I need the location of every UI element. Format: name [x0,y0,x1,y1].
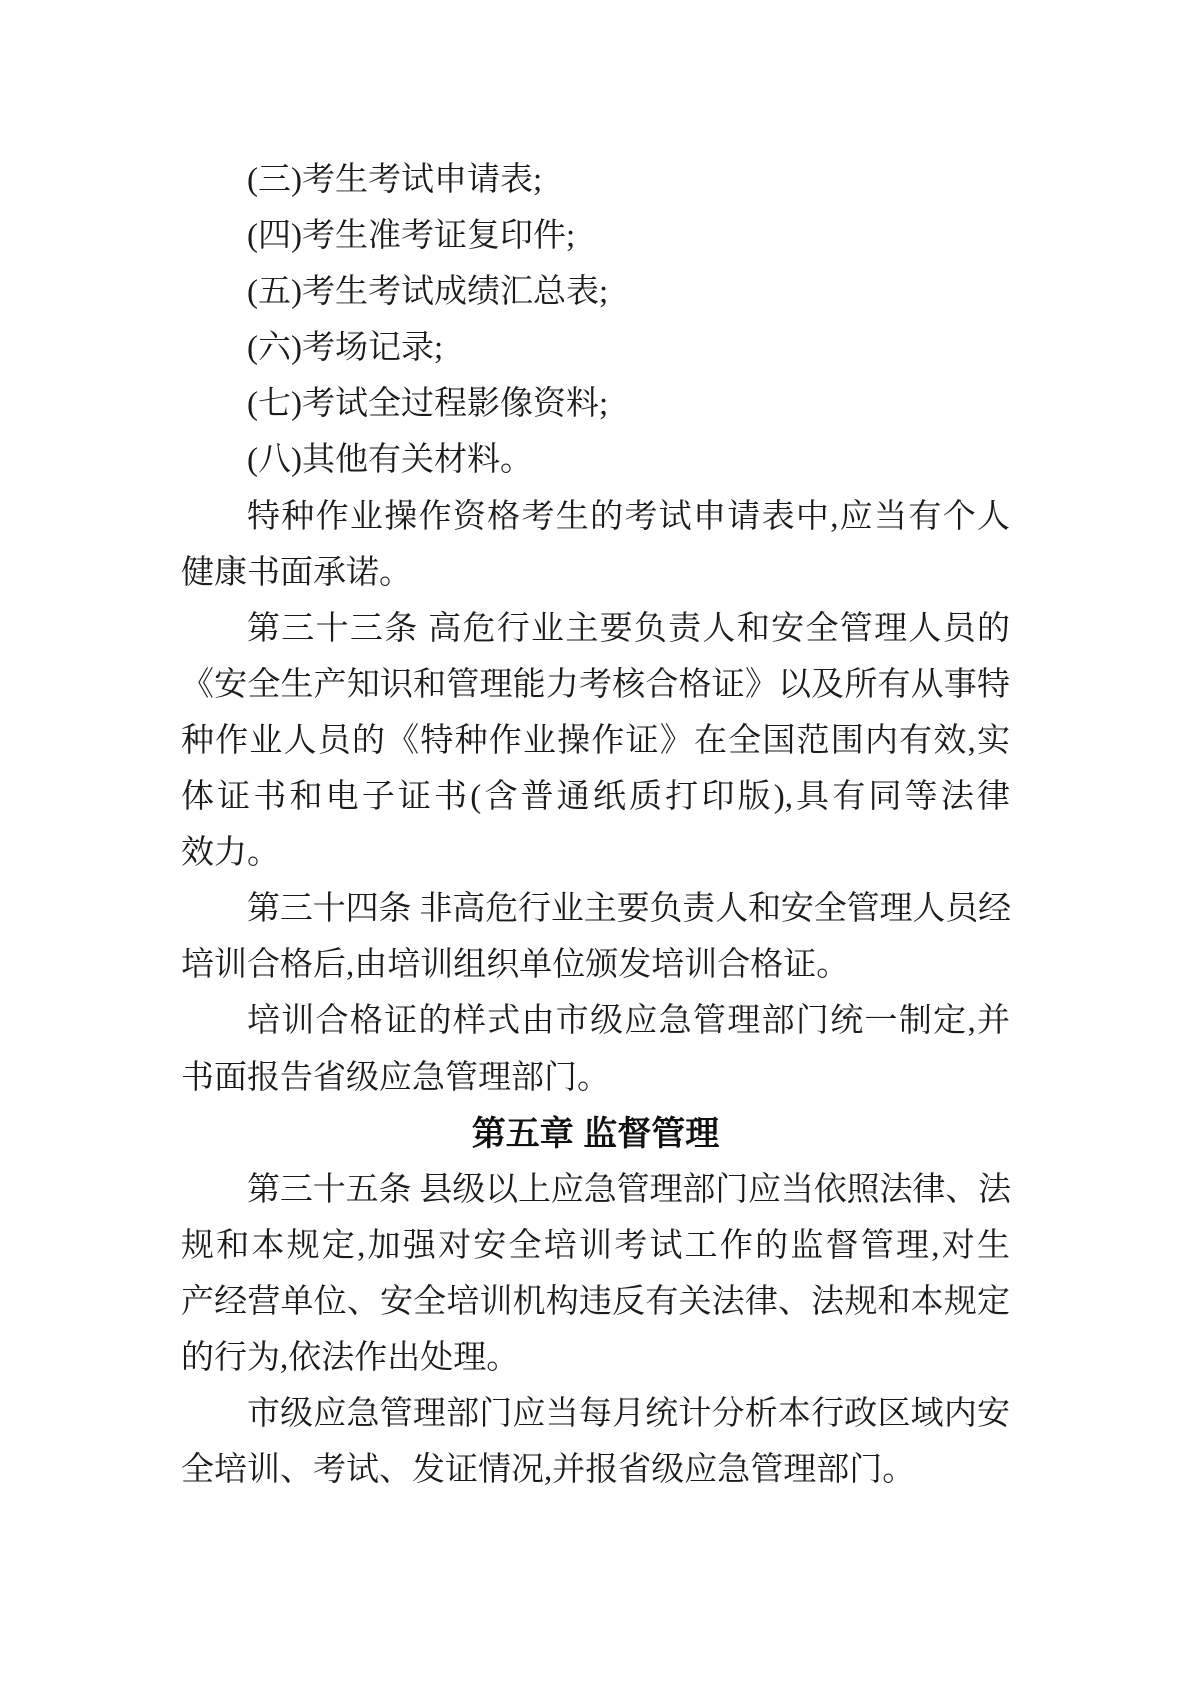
text-line: 种作业人员的《特种作业操作证》在全国范围内有效,实 [181,713,1010,769]
text-line: 的行为,依法作出处理。 [181,1330,1010,1386]
text-line: 规和本规定,加强对安全培训考试工作的监督管理,对生 [181,1218,1010,1274]
text-line: 体证书和电子证书(含普通纸质打印版),具有同等法律 [181,769,1010,825]
text-line: (三)考生考试申请表; [181,152,1010,208]
text-line: 书面报告省级应急管理部门。 [181,1050,1010,1106]
text-line: 健康书面承诺。 [181,545,1010,601]
text-line: 培训合格证的样式由市级应急管理部门统一制定,并 [181,993,1010,1049]
text-line: 《安全生产知识和管理能力考核合格证》以及所有从事特 [181,657,1010,713]
text-line: 市级应急管理部门应当每月统计分析本行政区域内安 [181,1386,1010,1442]
text-line: (七)考试全过程影像资料; [181,376,1010,432]
document-text-block: (三)考生考试申请表;(四)考生准考证复印件;(五)考生考试成绩汇总表;(六)考… [181,152,1010,1498]
text-line: 第三十四条 非高危行业主要负责人和安全管理人员经 [181,881,1010,937]
text-line: (六)考场记录; [181,320,1010,376]
text-line: 全培训、考试、发证情况,并报省级应急管理部门。 [181,1442,1010,1498]
text-line: (四)考生准考证复印件; [181,208,1010,264]
text-line: 培训合格后,由培训组织单位颁发培训合格证。 [181,937,1010,993]
text-line: 特种作业操作资格考生的考试申请表中,应当有个人 [181,489,1010,545]
chapter-heading: 第五章 监督管理 [181,1106,1010,1162]
text-line: (五)考生考试成绩汇总表; [181,264,1010,320]
text-line: (八)其他有关材料。 [181,432,1010,488]
text-line: 第三十三条 高危行业主要负责人和安全管理人员的 [181,601,1010,657]
document-page: (三)考生考试申请表;(四)考生准考证复印件;(五)考生考试成绩汇总表;(六)考… [0,0,1190,1683]
text-line: 第三十五条 县级以上应急管理部门应当依照法律、法 [181,1162,1010,1218]
text-line: 产经营单位、安全培训机构违反有关法律、法规和本规定 [181,1274,1010,1330]
text-line: 效力。 [181,825,1010,881]
